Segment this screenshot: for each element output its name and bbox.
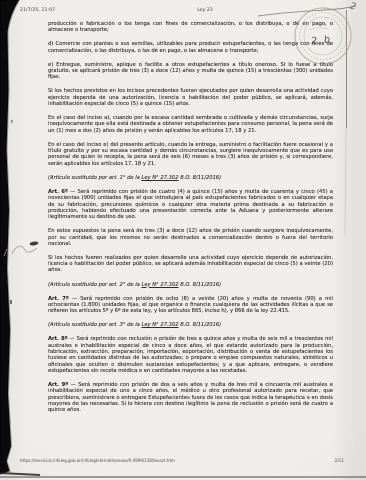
handwritten-stamp-note: 2 b	[310, 34, 332, 47]
amendment-note-art3: (Artículo sustituido por art. 3° de la L…	[48, 322, 333, 328]
scanned-document-page: 21/7/25, 11:07 Ley 23 producción o fabri…	[0, 0, 366, 480]
para-art-8: Art. 8º — Será reprimido con reclusión o…	[48, 336, 333, 374]
para-inciso-e-gratuito: En el caso del inciso e) del presente ar…	[48, 142, 333, 167]
para-art6-supuestos: En estos supuestos la pena será de tres …	[48, 228, 333, 247]
page-title: Ley 23	[60, 8, 350, 13]
para-agravante-autorizacion: Si los hechos previstos en los incisos p…	[48, 88, 333, 107]
article-number: Art. 7º	[48, 296, 69, 302]
amendment-note-art1: (Artículo sustituido por art. 1° de la L…	[48, 175, 333, 181]
document-body: producción o fabricación o los tenga con…	[48, 21, 333, 421]
para-art-9: Art. 9º — Será reprimido con prisión de …	[48, 382, 333, 413]
amendment-note-art2: (Artículo sustituido por art. 2° de la L…	[48, 282, 333, 288]
page-number: 2/11	[335, 458, 344, 463]
law-link: Ley N° 27.302	[141, 322, 178, 328]
handwritten-corner-mark: 2	[349, 2, 356, 13]
source-url: https://servicios.infoleg.gob.ar/infoleg…	[20, 458, 175, 463]
para-inciso-e: e) Entregue, suministre, aplique o facil…	[48, 62, 333, 81]
para-art-6: Art. 6º — Será reprimido con prisión de …	[48, 189, 333, 220]
pencil-squiggle	[4, 241, 39, 256]
para-inciso-a-consumo: En el caso del inciso a), cuando por la …	[48, 115, 333, 134]
law-link: Ley N° 27.302	[141, 282, 178, 288]
para-art-7: Art. 7º — Será reprimido con prisión de …	[48, 296, 333, 315]
article-number: Art. 8º	[48, 336, 68, 342]
printed-datetime: 21/7/25, 11:07	[20, 8, 55, 13]
para-art6-inhabilitacion: Si los hechos fueren realizados por quie…	[48, 255, 333, 274]
scan-edge-left	[0, 0, 19, 474]
law-link: Ley N° 27.302	[141, 175, 178, 181]
para-inciso-d: d) Comercie con plantas o sus semillas, …	[48, 41, 333, 54]
para-inciso-c-tail: producción o fabricación o los tenga con…	[48, 21, 333, 34]
